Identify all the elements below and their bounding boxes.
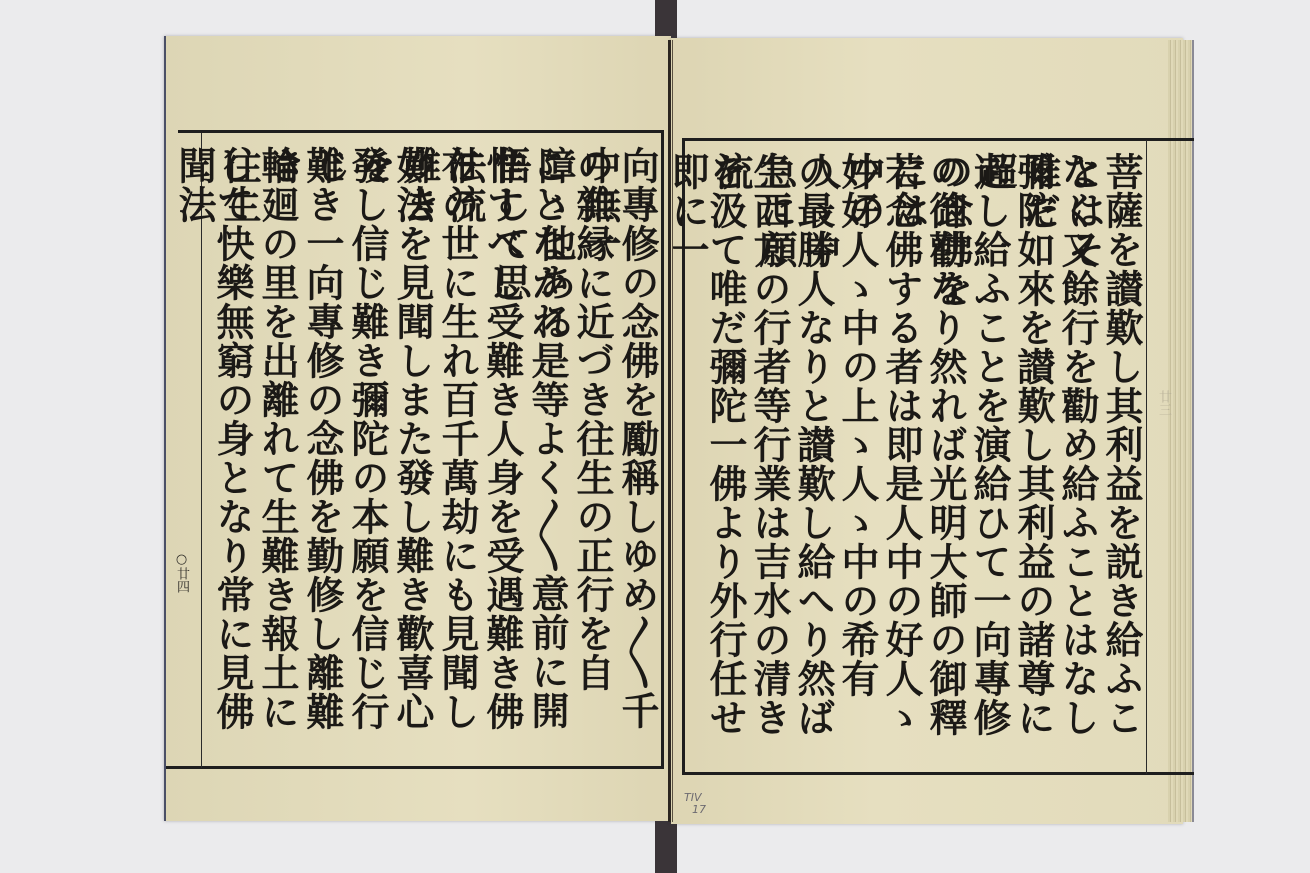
right-page-bottom-rule (682, 772, 1194, 775)
right-page-folio: 廿三 (1154, 390, 1173, 416)
pencil-margin-note: TIV 17 (684, 792, 706, 815)
gutter-left-edge (668, 40, 671, 822)
right-page-top-rule (682, 138, 1194, 141)
margin-note-line: TIV (684, 792, 706, 804)
margin-note-line: 17 (684, 804, 706, 816)
gutter-right-edge (672, 40, 673, 822)
right-page-frame-inner-line (1146, 140, 1147, 774)
text-column: を汲て唯だ彌陀一佛より外行任せ即に一 (668, 152, 744, 762)
left-page-frame-right-line (661, 133, 664, 768)
right-page-text-block: 菩薩を讃歎し其利益を説き給ふことはそ なく又餘行を勸め給ふことはなし唯だ 彌陀如… (688, 146, 1144, 768)
left-page-text-block: 向專修の念佛を勵稱しゆめ〳〵千中無一 の雜縁に近づき往生の正行を自障ゝ他ある こ… (204, 140, 660, 764)
left-page-top-rule (178, 130, 664, 133)
left-page-bottom-rule (166, 766, 664, 769)
text-column: して快樂無窮の身となり常に見佛聞法 (175, 146, 251, 758)
page-edges (1168, 40, 1194, 822)
